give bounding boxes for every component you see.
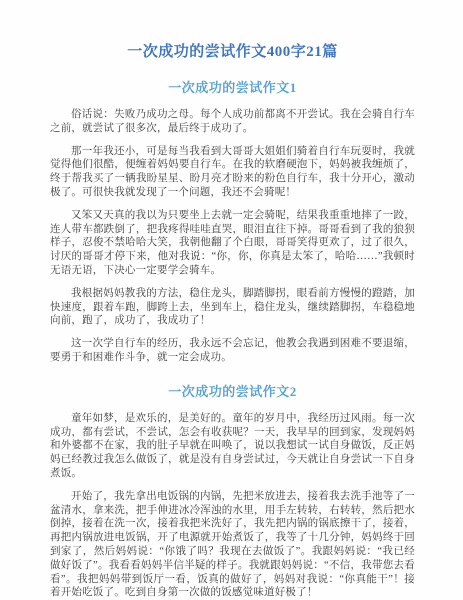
document-page: 一次成功的尝试作文400字21篇 一次成功的尝试作文1 俗话说：失败乃成功之母。…	[0, 0, 463, 600]
essay2-paragraph: 开始了，我先拿出电饭锅的内锅，先把米放进去，接着我去洗手池等了一盆清水，拿来洗，…	[50, 490, 415, 600]
essay2-heading: 一次成功的尝试作文2	[50, 381, 415, 400]
essay1-paragraph: 这一次学自行车的经历，我永远不会忘记，他教会我遇到困难不要退缩，要勇于和困难作斗…	[50, 337, 415, 365]
essay1-paragraph: 我根据妈妈教我的方法，稳住龙头，脚踏脚拐，眼看前方慢慢的蹬踏，加快速度，跟着车跑…	[50, 287, 415, 328]
essay1-paragraph: 又笨又天真的我以为只要坐上去就一定会骑呢，结果我重重地摔了一跤，连人带车都跌倒了…	[50, 209, 415, 278]
essay2-paragraph: 童年如梦，是欢乐的，是美好的。童年的岁月中，我经历过风雨。每一次成功，都有尝试，…	[50, 412, 415, 481]
essay1-heading: 一次成功的尝试作文1	[50, 77, 415, 96]
essay1-paragraph: 俗话说：失败乃成功之母。每个人成功前都离不开尝试。我在会骑自行车之前，就尝试了很…	[50, 108, 415, 136]
page-title: 一次成功的尝试作文400字21篇	[50, 40, 415, 61]
essay1-paragraph: 那一年我还小，可是每当我看到大哥哥大姐姐们骑着自行车玩耍时，我就觉得他们很酷，便…	[50, 145, 415, 200]
